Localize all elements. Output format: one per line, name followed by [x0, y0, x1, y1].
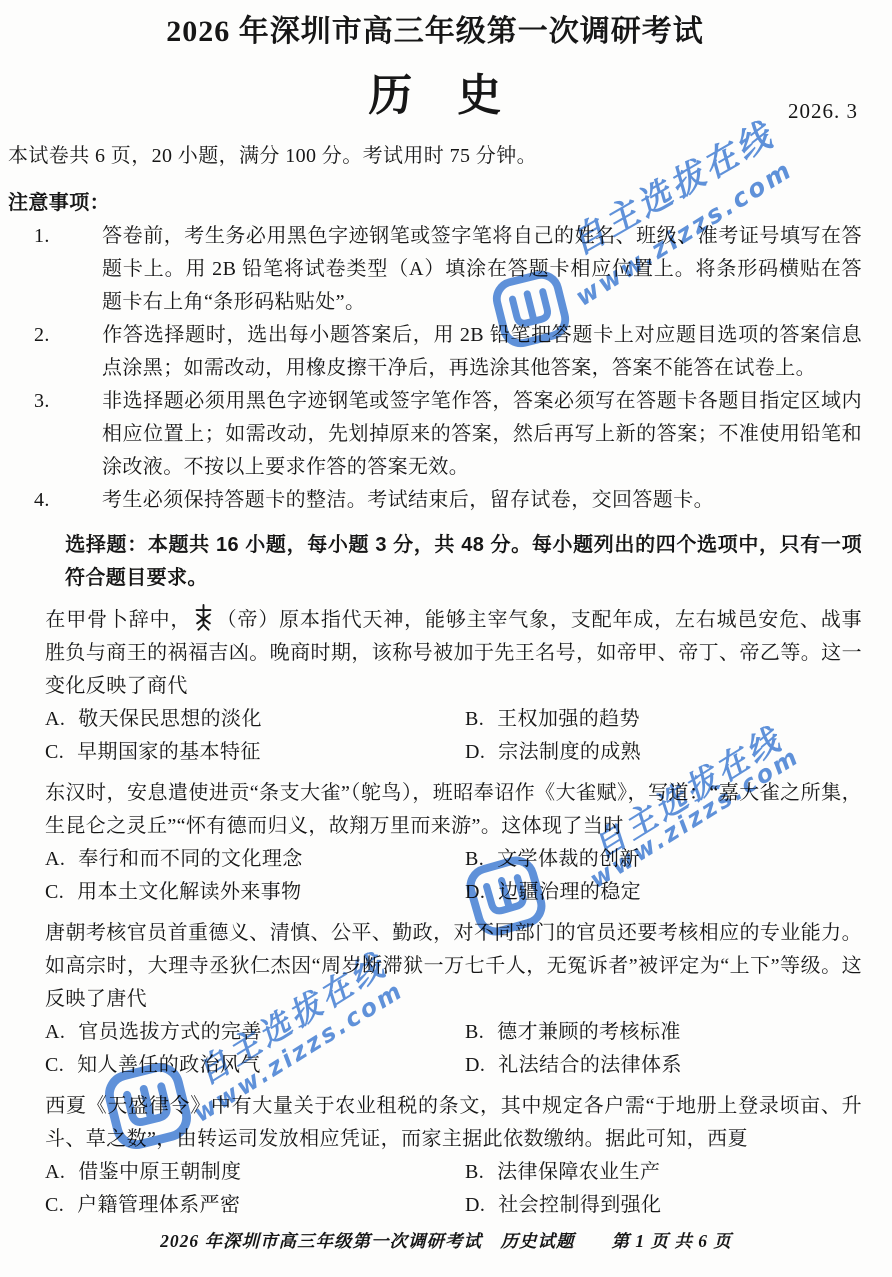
option-label: D. [465, 881, 485, 903]
notice-item-number: 1. [68, 220, 102, 253]
option-text: 法律保障农业生产 [497, 1161, 660, 1183]
option-text: 知人善任的政治风气 [77, 1054, 261, 1076]
option-label: A. [45, 1021, 65, 1043]
option-b: B.德才兼顾的考核标准 [465, 1016, 862, 1049]
question-1-stem: 1.在甲骨卜辞中，（帝）原本指代天神，能够主宰气象，支配年成，左右城邑安危、战事… [8, 603, 862, 703]
exam-content: 2026 年深圳市高三年级第一次调研考试 历 史 2026. 3 本试卷共 6 … [0, 0, 892, 1222]
option-label: D. [465, 1194, 485, 1216]
option-text: 边疆治理的稳定 [498, 881, 641, 903]
option-text: 文学体裁的创新 [497, 848, 640, 870]
option-b: B.法律保障农业生产 [465, 1156, 862, 1189]
paper-info: 本试卷共 6 页，20 小题，满分 100 分。考试用时 75 分钟。 [8, 140, 862, 173]
option-a: A.敬天保民思想的淡化 [45, 703, 465, 736]
exam-date: 2026. 3 [788, 95, 858, 128]
question-4-options: A.借鉴中原王朝制度 B.法律保障农业生产 C.户籍管理体系严密 D.社会控制得… [8, 1156, 862, 1222]
question-2-options: A.奉行和而不同的文化理念 B.文学体裁的创新 C.用本土文化解读外来事物 D.… [8, 843, 862, 909]
option-text: 用本土文化解读外来事物 [77, 881, 301, 903]
option-label: B. [465, 708, 484, 730]
option-label: D. [465, 741, 485, 763]
notice-item-3: 3.非选择题必须用黑色字迹钢笔或签字笔作答，答案必须写在答题卡各题目指定区域内相… [8, 385, 862, 484]
section-heading: 一、选择题：本题共 16 小题，每小题 3 分，共 48 分。每小题列出的四个选… [8, 529, 862, 595]
notice-item-2: 2.作答选择题时，选出每小题答案后，用 2B 铅笔把答题卡上对应题目选项的答案信… [8, 319, 862, 385]
option-label: D. [465, 1054, 485, 1076]
section-number: 一、 [16, 529, 65, 562]
question-3-options: A.官员选拔方式的完善 B.德才兼顾的考核标准 C.知人善任的政治风气 D.礼法… [8, 1016, 862, 1082]
question-number: 3. [8, 917, 45, 950]
option-d: D.礼法结合的法律体系 [465, 1049, 862, 1082]
option-text: 早期国家的基本特征 [77, 741, 261, 763]
question-number: 4. [8, 1090, 45, 1123]
notice-item-number: 3. [68, 385, 102, 418]
option-text: 德才兼顾的考核标准 [497, 1021, 681, 1043]
question-stem-text: 在甲骨卜辞中， [45, 609, 191, 631]
option-label: A. [45, 708, 65, 730]
question-number: 2. [8, 777, 45, 810]
subject-title: 历 史 [8, 66, 862, 126]
question-3-stem: 3.唐朝考核官员首重德义、清慎、公平、勤政，对不同部门的官员还要考核相应的专业能… [8, 917, 862, 1016]
notice-item-number: 4. [68, 484, 102, 517]
notice-item-text: 非选择题必须用黑色字迹钢笔或签字笔作答，答案必须写在答题卡各题目指定区域内相应位… [102, 390, 862, 478]
notice-item-text: 答卷前，考生务必用黑色字迹钢笔或签字笔将自己的姓名、班级、准考证号填写在答题卡上… [102, 225, 862, 313]
option-text: 敬天保民思想的淡化 [78, 708, 262, 730]
page-footer: 2026 年深圳市高三年级第一次调研考试 历史试题 第 1 页 共 6 页 [0, 1228, 892, 1253]
option-text: 户籍管理体系严密 [77, 1194, 240, 1216]
option-label: B. [465, 1161, 484, 1183]
option-text: 宗法制度的成熟 [498, 741, 641, 763]
option-text: 奉行和而不同的文化理念 [78, 848, 302, 870]
option-text: 社会控制得到强化 [498, 1194, 661, 1216]
option-label: C. [45, 741, 64, 763]
option-label: C. [45, 1054, 64, 1076]
notice-item-number: 2. [68, 319, 102, 352]
option-d: D.社会控制得到强化 [465, 1189, 862, 1222]
option-a: A.官员选拔方式的完善 [45, 1016, 465, 1049]
option-text: 借鉴中原王朝制度 [78, 1161, 241, 1183]
question-4-stem: 4.西夏《天盛律令》中有大量关于农业租税的条文，其中规定各户需“于地册上登录顷亩… [8, 1090, 862, 1156]
option-c: C.早期国家的基本特征 [45, 736, 465, 769]
option-text: 王权加强的趋势 [497, 708, 640, 730]
option-label: A. [45, 1161, 65, 1183]
subject-row: 历 史 2026. 3 [8, 66, 862, 126]
question-1-options: A.敬天保民思想的淡化 B.王权加强的趋势 C.早期国家的基本特征 D.宗法制度… [8, 703, 862, 769]
option-label: C. [45, 881, 64, 903]
option-label: A. [45, 848, 65, 870]
exam-page: 2026 年深圳市高三年级第一次调研考试 历 史 2026. 3 本试卷共 6 … [0, 0, 892, 1277]
option-d: D.宗法制度的成熟 [465, 736, 862, 769]
option-a: A.借鉴中原王朝制度 [45, 1156, 465, 1189]
option-c: C.用本土文化解读外来事物 [45, 876, 465, 909]
option-b: B.文学体裁的创新 [465, 843, 862, 876]
oracle-bone-di-glyph [194, 603, 213, 631]
notice-item-text: 作答选择题时，选出每小题答案后，用 2B 铅笔把答题卡上对应题目选项的答案信息点… [102, 324, 862, 379]
notice-item-4: 4.考生必须保持答题卡的整洁。考试结束后，留存试卷，交回答题卡。 [8, 484, 862, 517]
question-stem-text: 唐朝考核官员首重德义、清慎、公平、勤政，对不同部门的官员还要考核相应的专业能力。… [45, 922, 862, 1010]
question-number: 1. [8, 604, 45, 637]
notice-item-1: 1.答卷前，考生务必用黑色字迹钢笔或签字笔将自己的姓名、班级、准考证号填写在答题… [8, 220, 862, 319]
option-label: B. [465, 1021, 484, 1043]
question-2-stem: 2.东汉时，安息遣使进贡“条支大雀”（鸵鸟），班昭奉诏作《大雀赋》，写道：“嘉大… [8, 777, 862, 843]
section-heading-text: 选择题：本题共 16 小题，每小题 3 分，共 48 分。每小题列出的四个选项中… [65, 534, 862, 589]
option-text: 礼法结合的法律体系 [498, 1054, 682, 1076]
exam-title: 2026 年深圳市高三年级第一次调研考试 [8, 12, 862, 52]
question-stem-text: 西夏《天盛律令》中有大量关于农业租税的条文，其中规定各户需“于地册上登录顷亩、升… [45, 1095, 862, 1150]
option-a: A.奉行和而不同的文化理念 [45, 843, 465, 876]
option-c: C.户籍管理体系严密 [45, 1189, 465, 1222]
option-b: B.王权加强的趋势 [465, 703, 862, 736]
option-label: C. [45, 1194, 64, 1216]
option-label: B. [465, 848, 484, 870]
option-d: D.边疆治理的稳定 [465, 876, 862, 909]
option-text: 官员选拔方式的完善 [78, 1021, 262, 1043]
question-stem-text: 东汉时，安息遣使进贡“条支大雀”（鸵鸟），班昭奉诏作《大雀赋》，写道：“嘉大雀之… [45, 782, 862, 837]
option-c: C.知人善任的政治风气 [45, 1049, 465, 1082]
notice-heading: 注意事项： [8, 187, 862, 220]
notice-item-text: 考生必须保持答题卡的整洁。考试结束后，留存试卷，交回答题卡。 [102, 489, 714, 511]
